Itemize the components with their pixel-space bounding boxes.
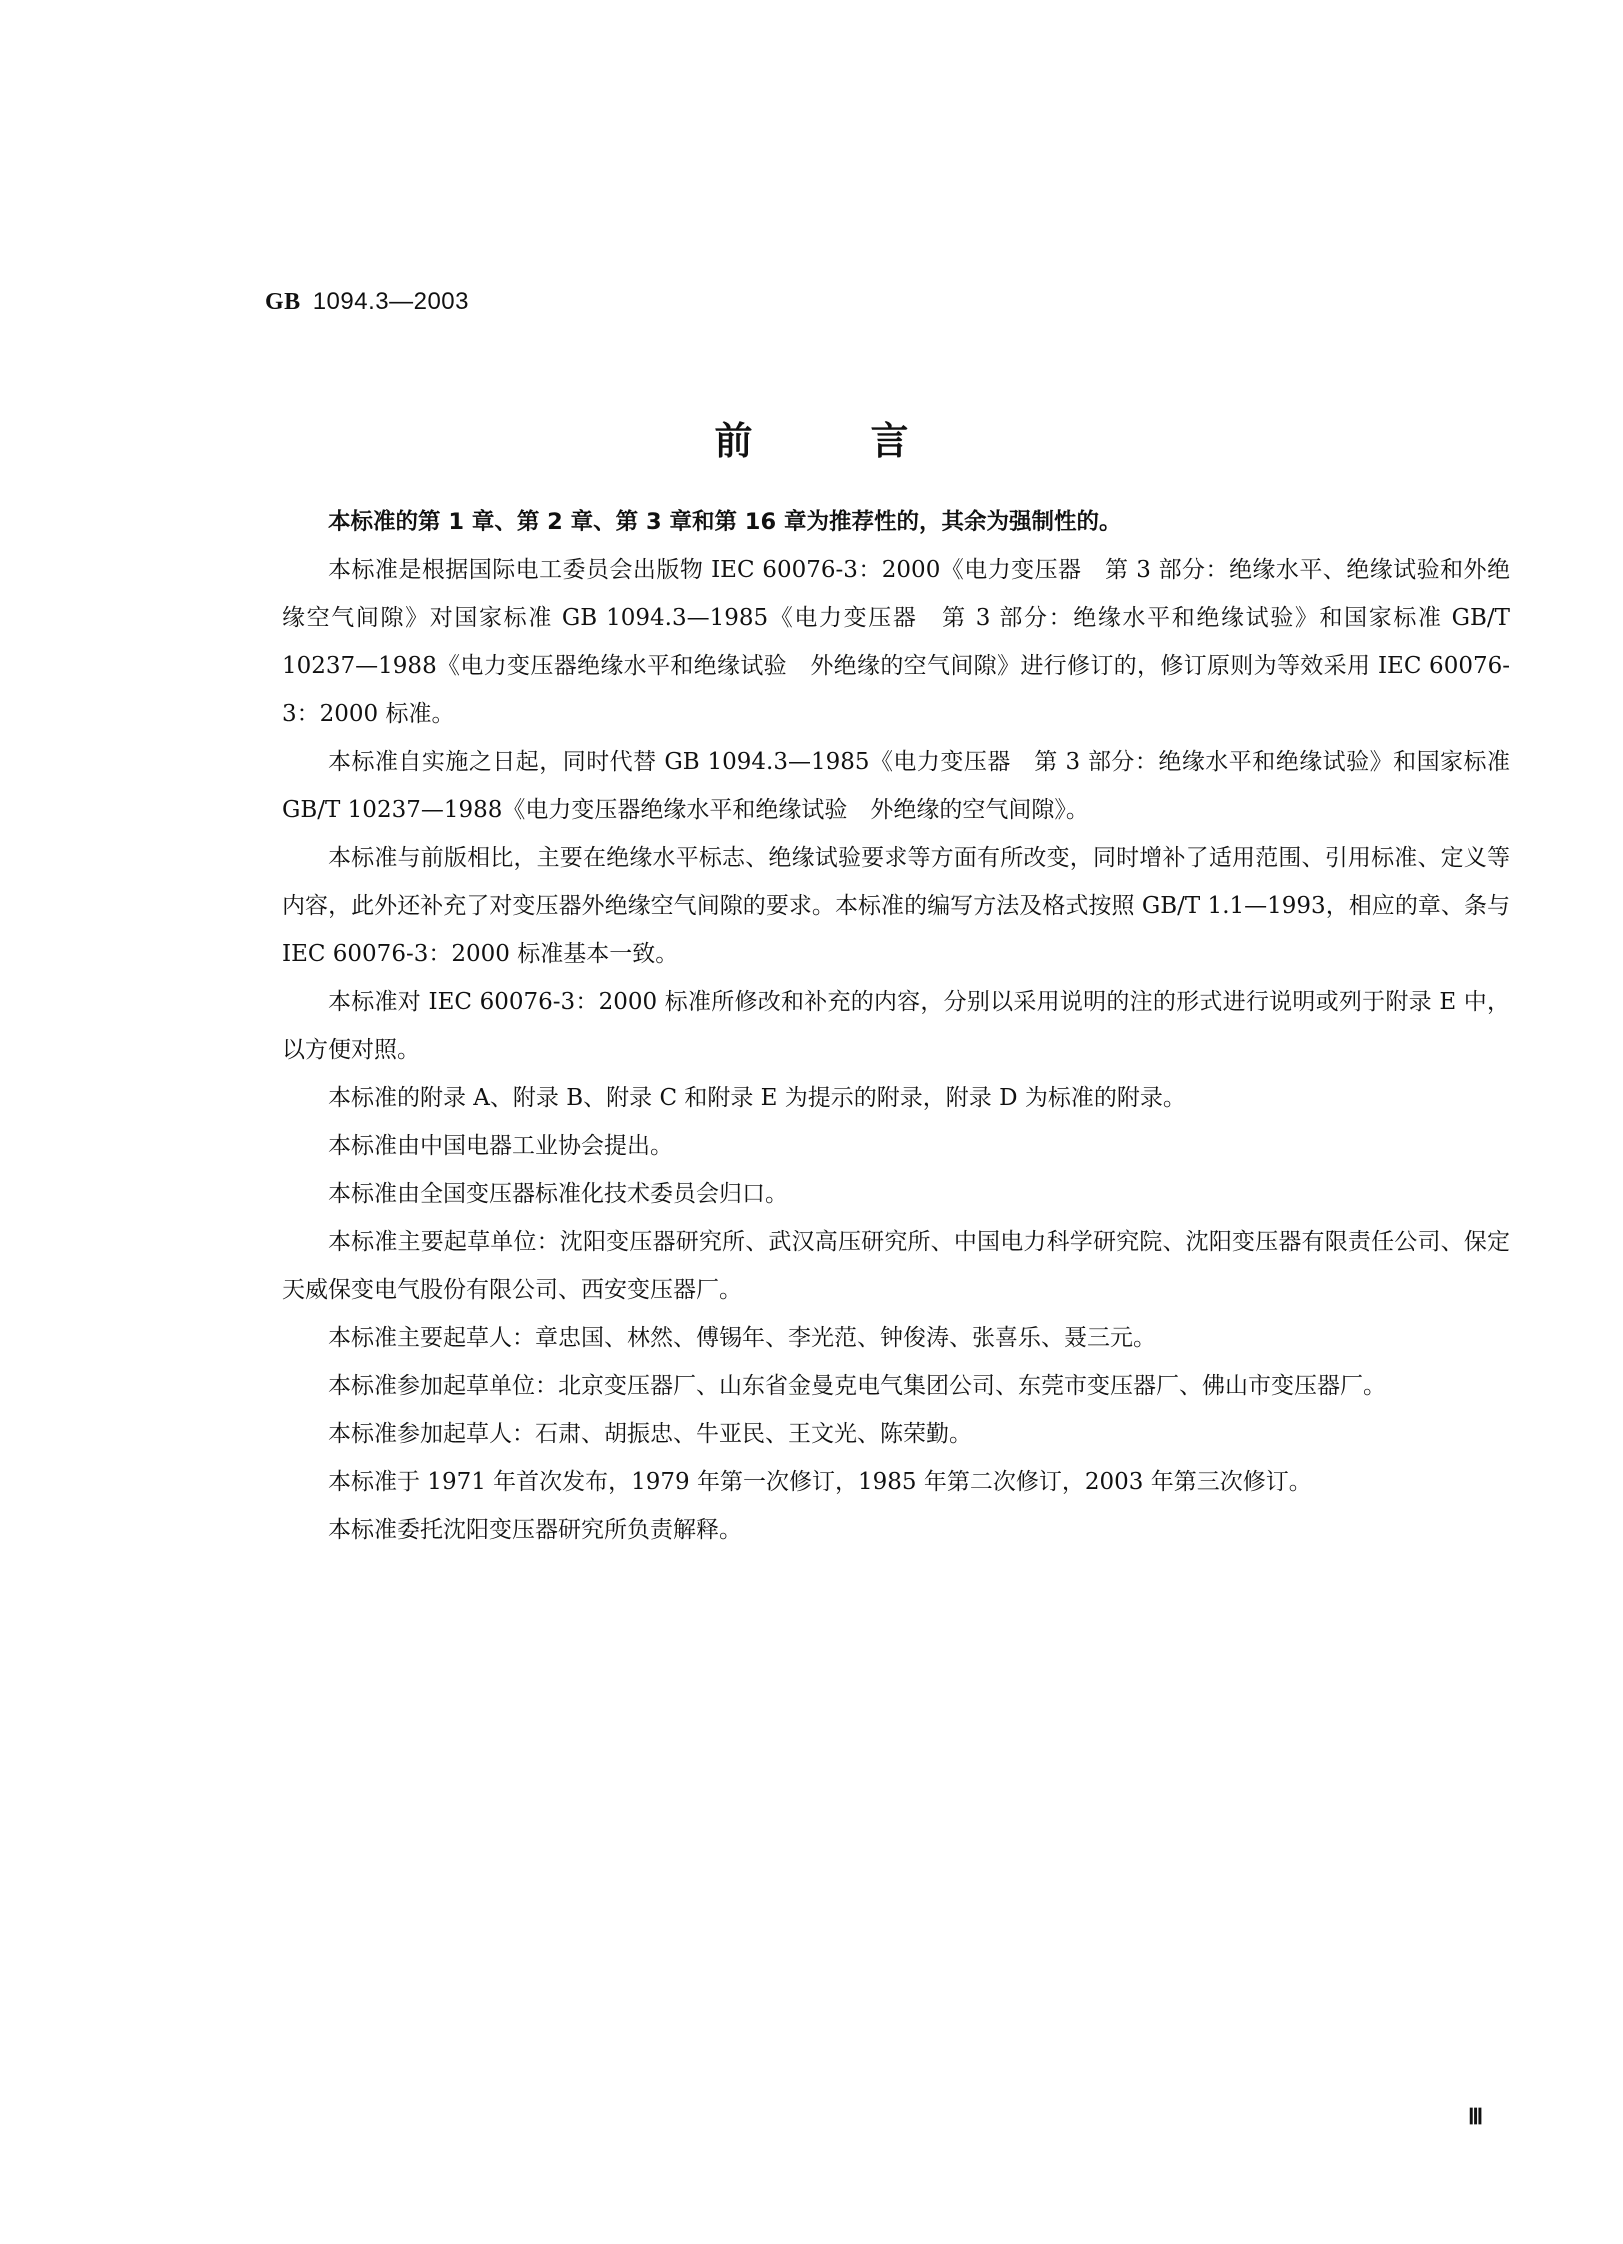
title-char-1: 前: [714, 410, 752, 465]
paragraph-history: 本标准于 1971 年首次发布，1979 年第一次修订，1985 年第二次修订，…: [282, 1458, 1510, 1506]
standard-prefix: GB: [265, 289, 301, 315]
standard-number: 1094.3—2003: [313, 288, 469, 315]
page-number: Ⅲ: [1468, 2104, 1483, 2130]
paragraph-interpretation: 本标准委托沈阳变压器研究所负责解释。: [282, 1506, 1510, 1554]
paragraph-modifications: 本标准对 IEC 60076-3：2000 标准所修改和补充的内容，分别以采用说…: [282, 978, 1510, 1074]
page-title: 前言: [0, 410, 1623, 465]
title-char-2: 言: [871, 410, 909, 465]
paragraph-participating-drafters: 本标准参加起草人：石肃、胡振忠、牛亚民、王文光、陈荣勤。: [282, 1410, 1510, 1458]
paragraph-basis: 本标准是根据国际电工委员会出版物 IEC 60076-3：2000《电力变压器 …: [282, 546, 1510, 738]
paragraph-mandatory-note: 本标准的第 1 章、第 2 章、第 3 章和第 16 章为推荐性的，其余为强制性…: [282, 498, 1510, 546]
paragraph-participating-units: 本标准参加起草单位：北京变压器厂、山东省金曼克电气集团公司、东莞市变压器厂、佛山…: [282, 1362, 1510, 1410]
paragraph-changes: 本标准与前版相比，主要在绝缘水平标志、绝缘试验要求等方面有所改变，同时增补了适用…: [282, 834, 1510, 978]
document-header: GB1094.3—2003: [265, 288, 469, 316]
paragraph-main-drafting-units: 本标准主要起草单位：沈阳变压器研究所、武汉高压研究所、中国电力科学研究院、沈阳变…: [282, 1218, 1510, 1314]
foreword-body: 本标准的第 1 章、第 2 章、第 3 章和第 16 章为推荐性的，其余为强制性…: [282, 498, 1510, 1554]
paragraph-main-drafters: 本标准主要起草人：章忠国、林然、傅锡年、李光范、钟俊涛、张喜乐、聂三元。: [282, 1314, 1510, 1362]
paragraph-replaces: 本标准自实施之日起，同时代替 GB 1094.3—1985《电力变压器 第 3 …: [282, 738, 1510, 834]
paragraph-annexes: 本标准的附录 A、附录 B、附录 C 和附录 E 为提示的附录，附录 D 为标准…: [282, 1074, 1510, 1122]
paragraph-proposed-by: 本标准由中国电器工业协会提出。: [282, 1122, 1510, 1170]
paragraph-centralized-by: 本标准由全国变压器标准化技术委员会归口。: [282, 1170, 1510, 1218]
